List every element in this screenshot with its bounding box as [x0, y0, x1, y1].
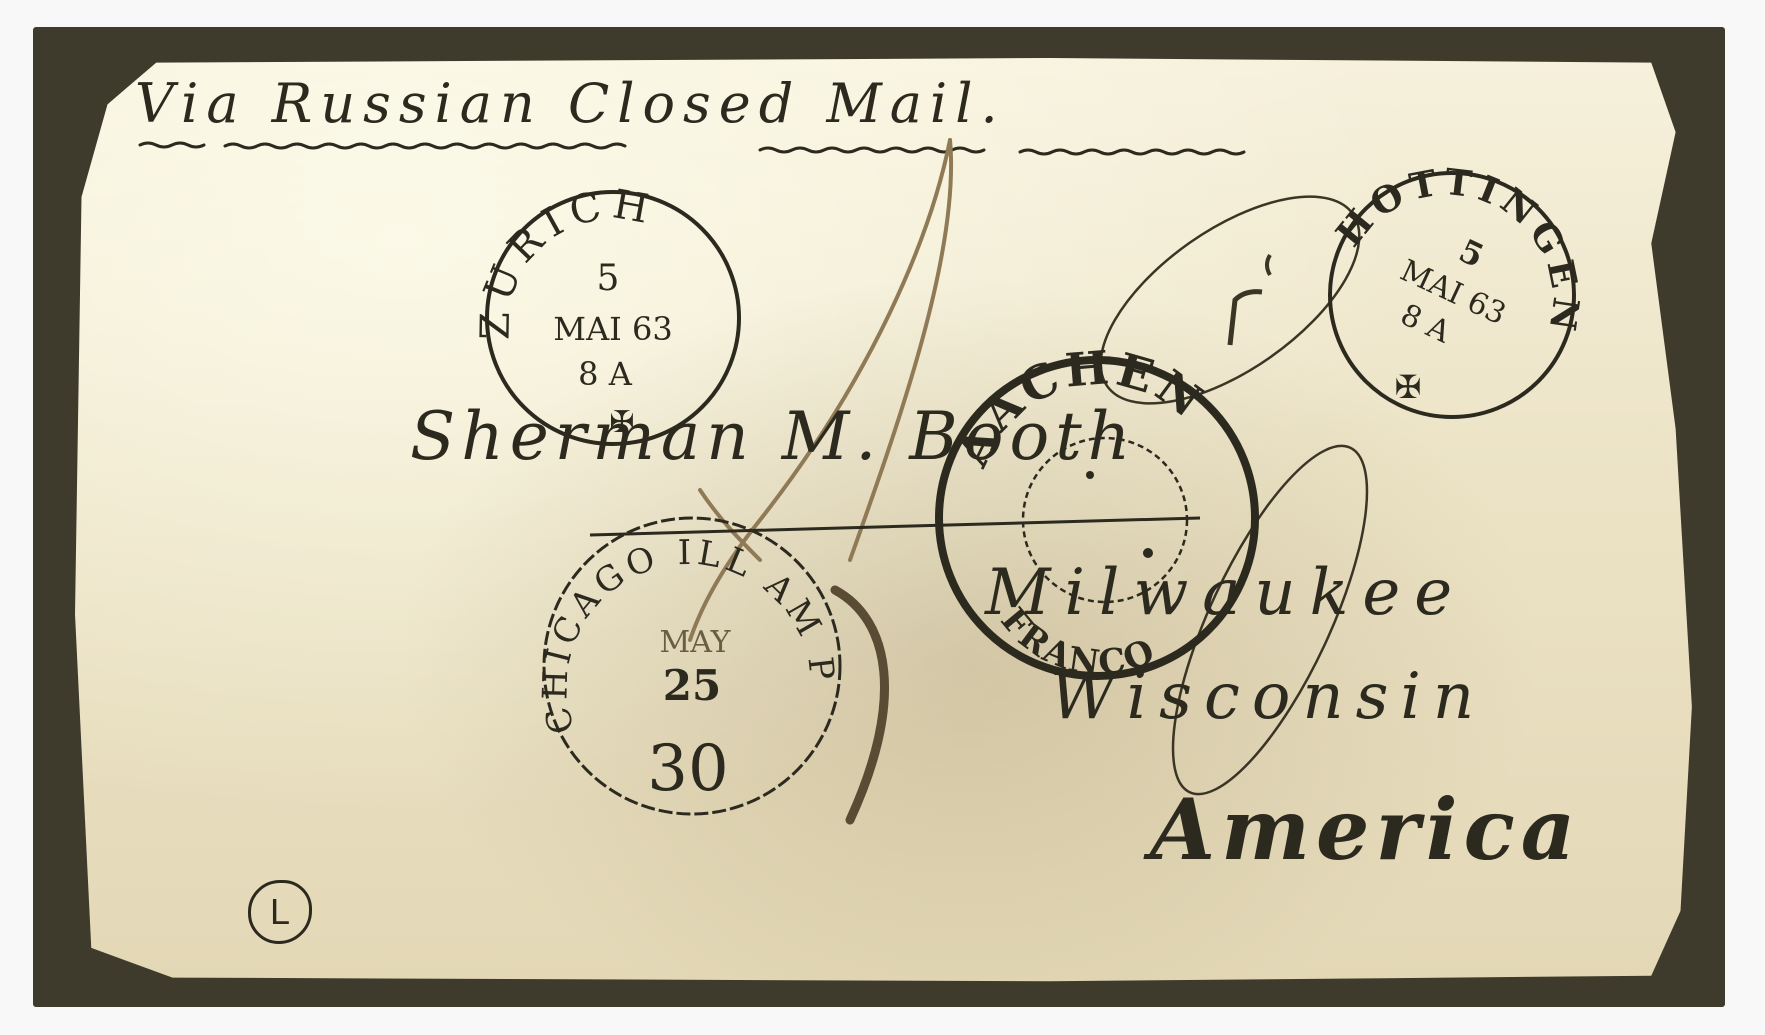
svg-text:8 A: 8 A: [578, 355, 633, 393]
postmark-transit: AACHEN FRANCO: [939, 340, 1255, 684]
endorsement-text: Via Russian Closed Mail.: [135, 72, 1006, 135]
svg-text:25: 25: [663, 661, 721, 710]
svg-text:5: 5: [1453, 231, 1489, 275]
crayon-rate-marking: [690, 140, 951, 820]
address-country: America: [1150, 780, 1581, 879]
address-city: Milwaukee: [985, 556, 1466, 630]
svg-text:5: 5: [597, 258, 620, 299]
svg-text:MAY: MAY: [660, 625, 732, 660]
address-name: Sherman M. Booth: [410, 398, 1136, 475]
markings-layer: ZURICH 5 MAI 63 8 A ✠ HOTTINGEN 5 MAI 63…: [0, 0, 1765, 1035]
svg-text:✠: ✠: [1395, 368, 1422, 406]
strike-line: [590, 518, 1200, 535]
endorsement-underline: [140, 143, 1244, 154]
postmark-hottingen: HOTTINGEN 5 MAI 63 8 A ✠: [1328, 161, 1587, 417]
circled-l-letter: L: [270, 891, 290, 933]
svg-text:30: 30: [647, 732, 728, 806]
svg-text:MAI 63: MAI 63: [553, 310, 672, 348]
address-state: Wisconsin: [1050, 660, 1486, 734]
